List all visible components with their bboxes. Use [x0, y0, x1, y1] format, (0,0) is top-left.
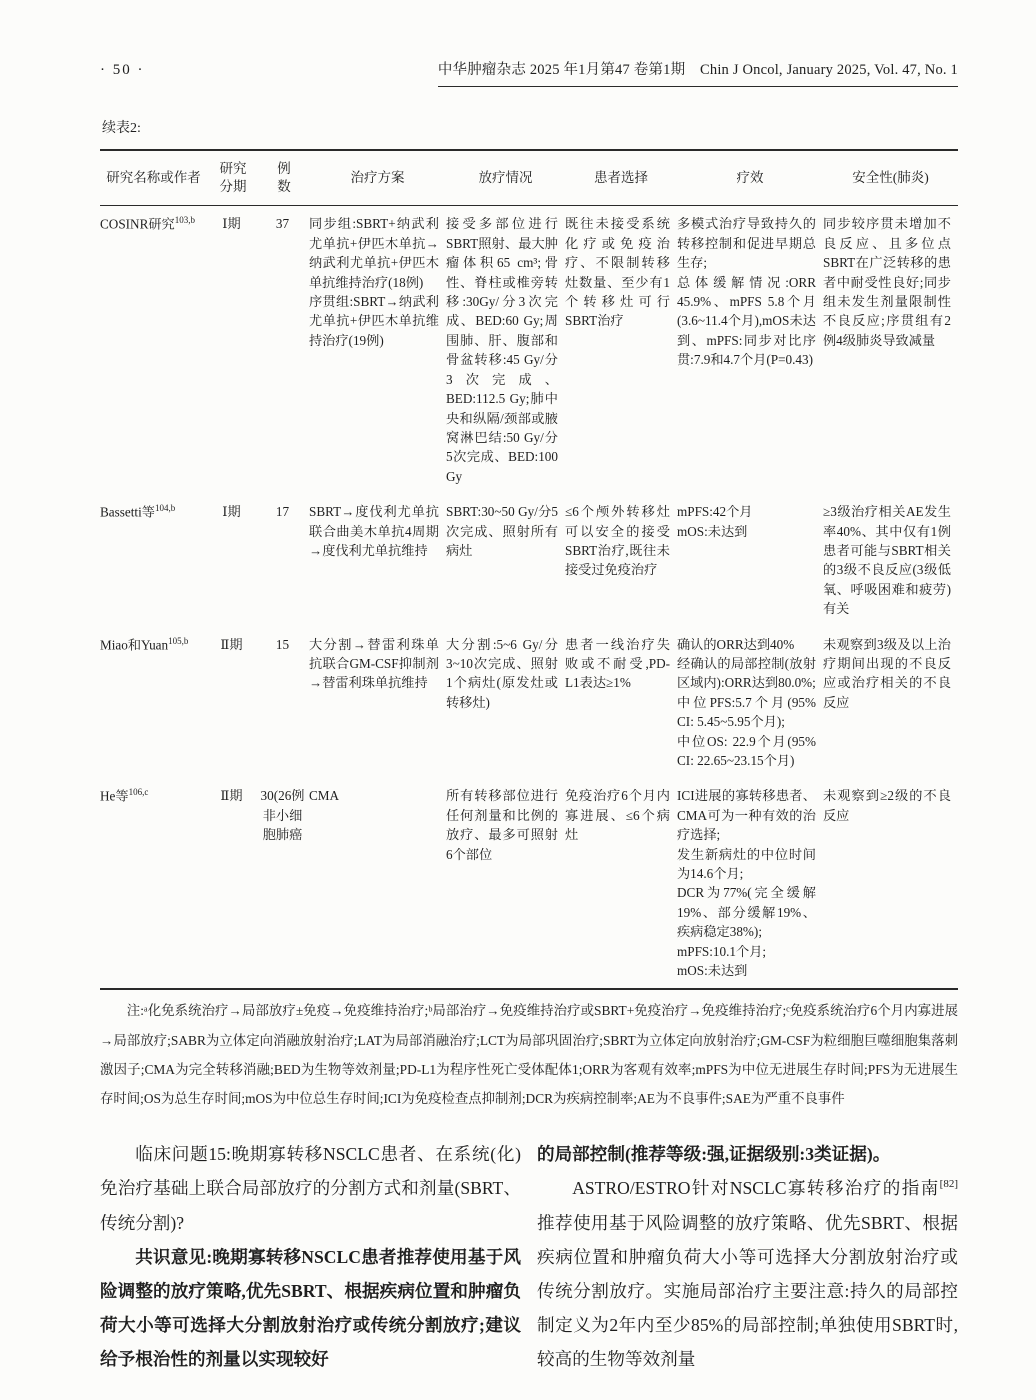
- patients-cell: ≤6个颅外转移灶可以安全的接受SBRT治疗,既往未接受过免疫治疗: [565, 494, 677, 626]
- patients-cell: 免疫治疗6个月内寡进展、≤6个病灶: [565, 778, 677, 989]
- n-cell: 17: [259, 494, 309, 626]
- safety-cell: 同步较序贯未增加不良反应、且多位点SBRT在广泛转移的患者中耐受性良好;同步组未…: [823, 206, 958, 494]
- col-header-patients: 患者选择: [565, 150, 677, 206]
- phase-cell: Ⅱ期: [207, 778, 259, 989]
- body-text: 临床问题15:晚期寡转移NSCLC患者、在系统(化)免治疗基础上联合局部放疗的分…: [100, 1137, 958, 1376]
- reference-superscript: 103,b: [175, 215, 195, 225]
- reference-superscript: 104,b: [155, 503, 175, 513]
- page-content: · 50 · 中华肿瘤杂志 2025 年1月第47 卷第1期 Chin J On…: [0, 0, 1036, 1376]
- patients-cell: 既往未接受系统化疗或免疫治疗、不限制转移灶数量、至少有1个转移灶可行SBRT治疗: [565, 206, 677, 494]
- radiotherapy-cell: 所有转移部位进行任何剂量和比例的放疗、最多可照射6个部位: [446, 778, 565, 989]
- study-name: Miao和Yuan: [100, 637, 168, 652]
- n-cell: 15: [259, 627, 309, 779]
- astro-estro-paragraph: ASTRO/ESTRO针对NSCLC寡转移治疗的指南[82]推荐使用基于风险调整…: [537, 1171, 958, 1376]
- safety-cell: 未观察到3级及以上治疗期间出现的不良反应或治疗相关的不良反应: [823, 627, 958, 779]
- col-header-study: 研究名称或作者: [100, 150, 207, 206]
- paragraph-text: 推荐使用基于风险调整的放疗策略、优先SBRT、根据疾病位置和肿瘤负荷大小等可选择…: [537, 1213, 958, 1370]
- study-name-cell: Miao和Yuan105,b: [100, 627, 207, 779]
- body-column-right: 的局部控制(推荐等级:强,证据级别:3类证据)。 ASTRO/ESTRO针对NS…: [537, 1137, 958, 1376]
- safety-cell: 未观察到≥2级的不良反应: [823, 778, 958, 989]
- efficacy-cell: ICI进展的寡转移患者、CMA可为一种有效的治疗选择; 发生新病灶的中位时间为1…: [677, 778, 823, 989]
- n-cell: 37: [259, 206, 309, 494]
- study-name: He等: [100, 789, 129, 804]
- phase-cell: Ⅱ期: [207, 627, 259, 779]
- table-header-row: 研究名称或作者 研究 分期 例 数 治疗方案 放疗情况 患者选择 疗效 安全性(…: [100, 150, 958, 206]
- patients-cell: 患者一线治疗失败或不耐受,PD-L1表达≥1%: [565, 627, 677, 779]
- consensus-opinion-paragraph: 共识意见:晚期寡转移NSCLC患者推荐使用基于风险调整的放疗策略,优先SBRT、…: [100, 1240, 521, 1377]
- radiotherapy-cell: 接受多部位进行SBRT照射、最大肿瘤体积65 cm³;骨性、脊柱或椎旁转移:30…: [446, 206, 565, 494]
- table-row: Miao和Yuan105,b Ⅱ期 15 大分割→替雷利珠单抗联合GM-CSF抑…: [100, 627, 958, 779]
- reference-superscript: 105,b: [168, 636, 188, 646]
- consensus-opinion-continued: 的局部控制(推荐等级:强,证据级别:3类证据)。: [537, 1137, 958, 1171]
- study-name-cell: Bassetti等104,b: [100, 494, 207, 626]
- clinical-question-paragraph: 临床问题15:晚期寡转移NSCLC患者、在系统(化)免治疗基础上联合局部放疗的分…: [100, 1137, 521, 1239]
- col-header-regimen: 治疗方案: [309, 150, 446, 206]
- radiotherapy-cell: 大分割:5~6 Gy/分3~10次完成、照射1个病灶(原发灶或转移灶): [446, 627, 565, 779]
- reference-superscript: [82]: [940, 1179, 958, 1191]
- table-footnotes: 注:ᵃ化免系统治疗→局部放疗±免疫→免疫维持治疗;ᵇ局部治疗→免疫维持治疗或SB…: [100, 996, 958, 1113]
- col-header-n: 例 数: [259, 150, 309, 206]
- page-number: · 50 ·: [100, 62, 145, 87]
- study-table: 研究名称或作者 研究 分期 例 数 治疗方案 放疗情况 患者选择 疗效 安全性(…: [100, 149, 958, 990]
- col-header-phase: 研究 分期: [207, 150, 259, 206]
- running-head: · 50 · 中华肿瘤杂志 2025 年1月第47 卷第1期 Chin J On…: [100, 58, 958, 87]
- col-header-radiotherapy: 放疗情况: [446, 150, 565, 206]
- col-header-safety: 安全性(肺炎): [823, 150, 958, 206]
- reference-superscript: 106,c: [129, 787, 149, 797]
- phase-cell: Ⅰ期: [207, 206, 259, 494]
- body-column-left: 临床问题15:晚期寡转移NSCLC患者、在系统(化)免治疗基础上联合局部放疗的分…: [100, 1137, 521, 1376]
- study-name: COSINR研究: [100, 217, 175, 232]
- efficacy-cell: mPFS:42个月 mOS:未达到: [677, 494, 823, 626]
- study-name-cell: COSINR研究103,b: [100, 206, 207, 494]
- efficacy-cell: 确认的ORR达到40% 经确认的局部控制(放射区域内):ORR达到80.0%; …: [677, 627, 823, 779]
- efficacy-cell: 多模式治疗导致持久的转移控制和促进早期总生存; 总体缓解情况:ORR 45.9%…: [677, 206, 823, 494]
- phase-cell: Ⅰ期: [207, 494, 259, 626]
- table-row: Bassetti等104,b Ⅰ期 17 SBRT→度伐利尤单抗联合曲美木单抗4…: [100, 494, 958, 626]
- regimen-cell: 大分割→替雷利珠单抗联合GM-CSF抑制剂→替雷利珠单抗维持: [309, 627, 446, 779]
- study-name-cell: He等106,c: [100, 778, 207, 989]
- regimen-cell: 同步组:SBRT+纳武利尤单抗+伊匹木单抗→纳武利尤单抗+伊匹木单抗维持治疗(1…: [309, 206, 446, 494]
- regimen-cell: SBRT→度伐利尤单抗联合曲美木单抗4周期→度伐利尤单抗维持: [309, 494, 446, 626]
- journal-citation: 中华肿瘤杂志 2025 年1月第47 卷第1期 Chin J Oncol, Ja…: [438, 58, 958, 87]
- safety-cell: ≥3级治疗相关AE发生率40%、其中仅有1例患者可能与SBRT相关的3级不良反应…: [823, 494, 958, 626]
- n-cell: 30(26例非小细胞肺癌: [259, 778, 309, 989]
- radiotherapy-cell: SBRT:30~50 Gy/分5次完成、照射所有病灶: [446, 494, 565, 626]
- col-header-efficacy: 疗效: [677, 150, 823, 206]
- journal-page: · 50 · 中华肿瘤杂志 2025 年1月第47 卷第1期 Chin J On…: [0, 0, 1036, 1400]
- table-row: COSINR研究103,b Ⅰ期 37 同步组:SBRT+纳武利尤单抗+伊匹木单…: [100, 206, 958, 494]
- regimen-cell: CMA: [309, 778, 446, 989]
- table-row: He等106,c Ⅱ期 30(26例非小细胞肺癌 CMA 所有转移部位进行任何剂…: [100, 778, 958, 989]
- paragraph-text: ASTRO/ESTRO针对NSCLC寡转移治疗的指南: [572, 1178, 939, 1198]
- study-name: Bassetti等: [100, 505, 155, 520]
- table-continuation-label: 续表2:: [102, 117, 958, 137]
